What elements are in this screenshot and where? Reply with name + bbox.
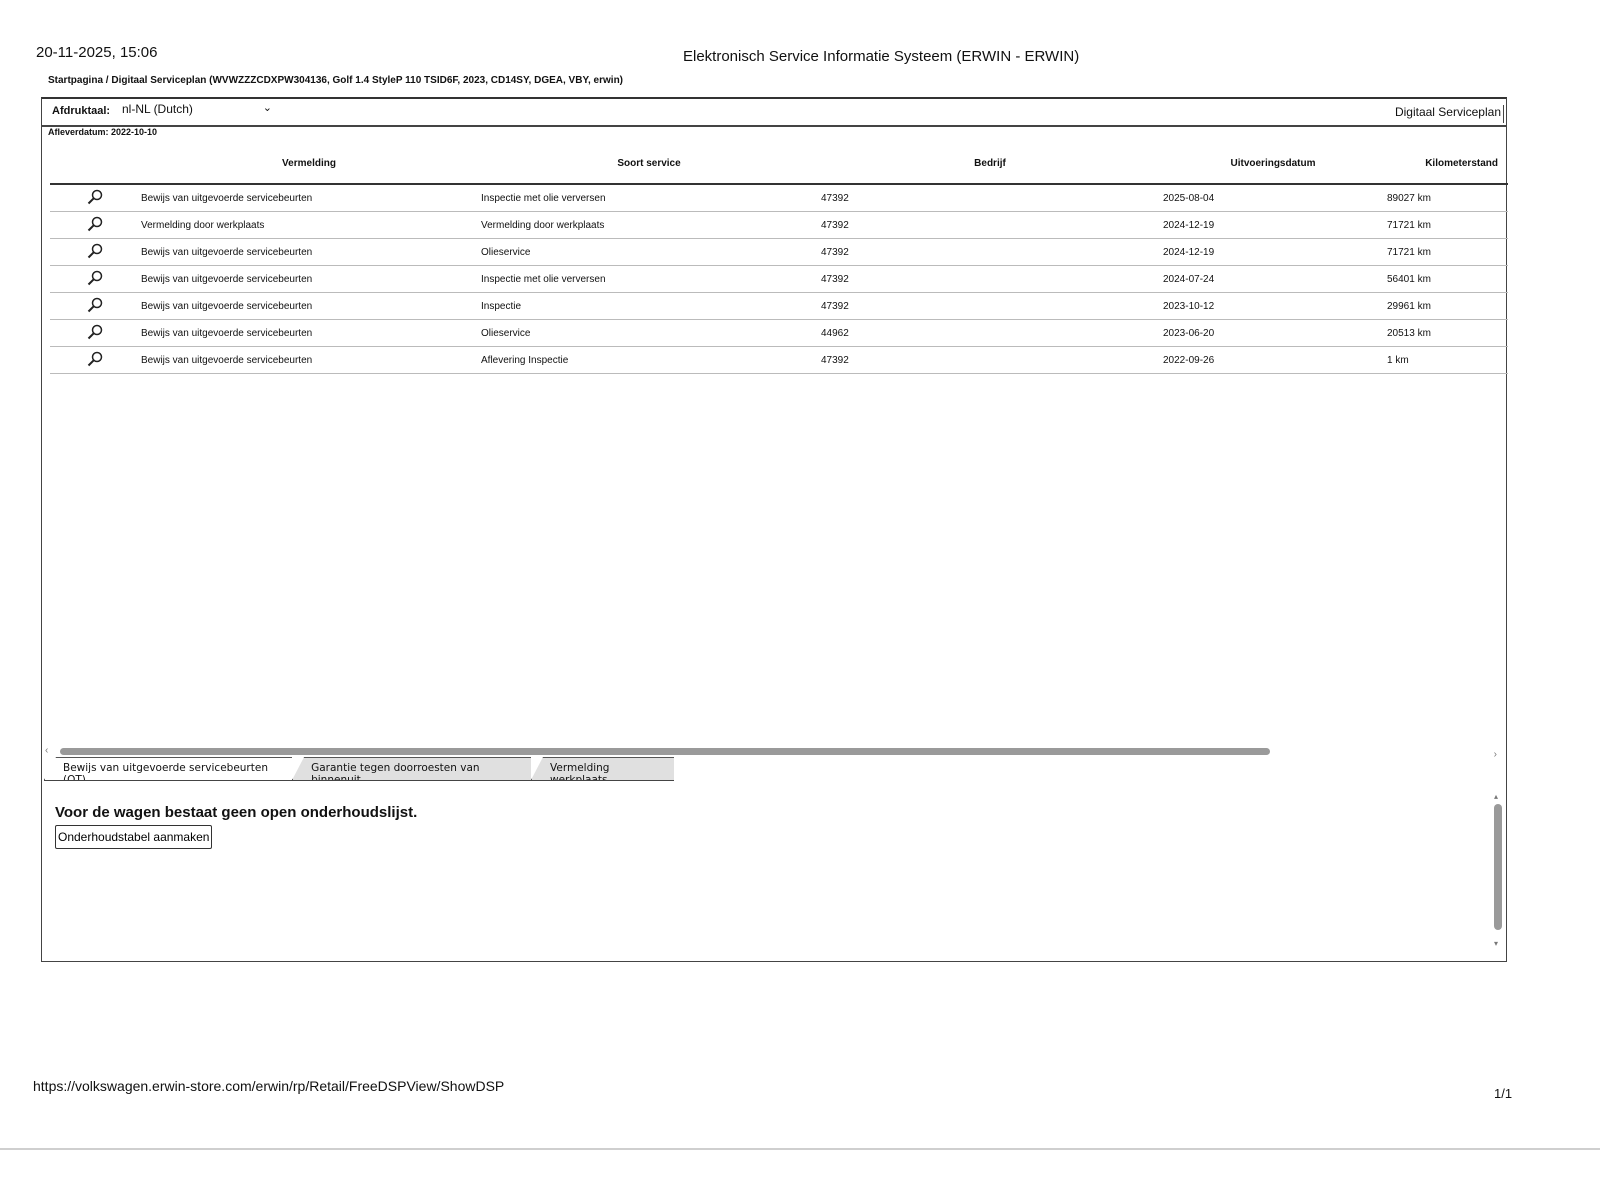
entry-cell: Bewijs van uitgevoerde servicebeurten (139, 293, 479, 320)
delivery-date: Afleverdatum: 2022-10-10 (48, 127, 157, 137)
vertical-scroll-thumb[interactable] (1494, 804, 1502, 930)
company-cell: 47392 (819, 293, 1161, 320)
km-cell: 71721 km (1385, 212, 1508, 239)
scroll-down-icon[interactable]: ▾ (1494, 939, 1498, 948)
date-cell: 2024-12-19 (1161, 212, 1385, 239)
company-cell: 47392 (819, 347, 1161, 374)
entry-cell: Bewijs van uitgevoerde servicebeurten (139, 266, 479, 293)
tab-2[interactable]: Garantie tegen doorroesten van binnenuit (292, 757, 531, 780)
service-cell: Inspectie met olie verversen (479, 266, 819, 293)
date-cell: 2025-08-04 (1161, 185, 1385, 212)
entry-cell: Bewijs van uitgevoerde servicebeurten (139, 185, 479, 212)
table-row[interactable]: Bewijs van uitgevoerde servicebeurtenIns… (50, 185, 1508, 212)
km-cell: 1 km (1385, 347, 1508, 374)
date-cell: 2023-10-12 (1161, 293, 1385, 320)
footer-url: https://volkswagen.erwin-store.com/erwin… (33, 1078, 504, 1094)
view-details-cell[interactable] (50, 293, 139, 320)
maintenance-message: Voor de wagen bestaat geen open onderhou… (55, 804, 417, 821)
language-label: Afdruktaal: (52, 105, 110, 117)
tab-3[interactable]: Vermelding werkplaats (531, 757, 674, 780)
view-details-cell[interactable] (50, 347, 139, 374)
magnifier-icon[interactable] (86, 242, 104, 260)
company-cell: 47392 (819, 185, 1161, 212)
table-row[interactable]: Vermelding door werkplaatsVermelding doo… (50, 212, 1508, 239)
print-datetime: 20-11-2025, 15:06 (36, 44, 158, 61)
breadcrumb: Startpagina / Digitaal Serviceplan (WVWZ… (48, 75, 623, 86)
tab-bar: Bewijs van uitgevoerde servicebeurten (O… (44, 757, 674, 781)
horizontal-scroll-thumb[interactable] (60, 748, 1270, 755)
company-cell: 47392 (819, 266, 1161, 293)
magnifier-icon[interactable] (86, 215, 104, 233)
tab-1[interactable]: Bewijs van uitgevoerde servicebeurten (O… (44, 757, 292, 780)
date-cell: 2024-12-19 (1161, 239, 1385, 266)
magnifier-icon[interactable] (86, 269, 104, 287)
chevron-down-icon: ⌄ (263, 101, 272, 114)
table-row[interactable]: Bewijs van uitgevoerde servicebeurtenAfl… (50, 347, 1508, 374)
column-header-service[interactable]: Soort service (479, 143, 819, 185)
column-header-km[interactable]: Kilometerstand (1385, 143, 1508, 185)
column-header-company[interactable]: Bedrijf (819, 143, 1161, 185)
system-title: Elektronisch Service Informatie Systeem … (683, 48, 1079, 65)
magnifier-icon[interactable] (86, 188, 104, 206)
view-details-cell[interactable] (50, 212, 139, 239)
magnifier-icon[interactable] (86, 323, 104, 341)
column-header-icon (50, 143, 139, 185)
service-cell: Aflevering Inspectie (479, 347, 819, 374)
scroll-right-icon[interactable]: › (1494, 749, 1497, 760)
scroll-up-icon[interactable]: ▴ (1494, 792, 1498, 801)
company-cell: 44962 (819, 320, 1161, 347)
km-cell: 20513 km (1385, 320, 1508, 347)
service-plan-panel: Afdruktaal: nl-NL (Dutch) ⌄ Digitaal Ser… (41, 97, 1507, 962)
service-cell: Vermelding door werkplaats (479, 212, 819, 239)
view-details-cell[interactable] (50, 185, 139, 212)
service-cell: Olieservice (479, 239, 819, 266)
company-cell: 47392 (819, 212, 1161, 239)
toolbar: Afdruktaal: nl-NL (Dutch) ⌄ Digitaal Ser… (42, 99, 1506, 127)
language-select[interactable]: nl-NL (Dutch) ⌄ (122, 102, 272, 116)
view-details-cell[interactable] (50, 266, 139, 293)
magnifier-icon[interactable] (86, 296, 104, 314)
entry-cell: Bewijs van uitgevoerde servicebeurten (139, 347, 479, 374)
page-number: 1/1 (1494, 1086, 1512, 1101)
magnifier-icon[interactable] (86, 350, 104, 368)
company-cell: 47392 (819, 239, 1161, 266)
table-row[interactable]: Bewijs van uitgevoerde servicebeurtenOli… (50, 239, 1508, 266)
entry-cell: Bewijs van uitgevoerde servicebeurten (139, 320, 479, 347)
view-details-cell[interactable] (50, 239, 139, 266)
language-value: nl-NL (Dutch) (122, 102, 193, 116)
service-cell: Olieservice (479, 320, 819, 347)
entry-cell: Bewijs van uitgevoerde servicebeurten (139, 239, 479, 266)
divider (0, 1148, 1600, 1150)
column-header-date[interactable]: Uitvoeringsdatum (1161, 143, 1385, 185)
date-cell: 2023-06-20 (1161, 320, 1385, 347)
km-cell: 89027 km (1385, 185, 1508, 212)
vertical-scrollbar[interactable]: ▴ ▾ (1492, 792, 1504, 952)
service-cell: Inspectie met olie verversen (479, 185, 819, 212)
table-row[interactable]: Bewijs van uitgevoerde servicebeurtenOli… (50, 320, 1508, 347)
table-row[interactable]: Bewijs van uitgevoerde servicebeurtenIns… (50, 293, 1508, 320)
service-history-table: Vermelding Soort service Bedrijf Uitvoer… (50, 143, 1508, 374)
scroll-left-icon[interactable]: ‹ (45, 745, 48, 756)
km-cell: 71721 km (1385, 239, 1508, 266)
page-title: Digitaal Serviceplan (1395, 105, 1504, 123)
table-header-row: Vermelding Soort service Bedrijf Uitvoer… (50, 143, 1508, 185)
table-row[interactable]: Bewijs van uitgevoerde servicebeurtenIns… (50, 266, 1508, 293)
km-cell: 29961 km (1385, 293, 1508, 320)
date-cell: 2022-09-26 (1161, 347, 1385, 374)
view-details-cell[interactable] (50, 320, 139, 347)
create-maintenance-table-button[interactable]: Onderhoudstabel aanmaken (55, 825, 212, 849)
service-cell: Inspectie (479, 293, 819, 320)
km-cell: 56401 km (1385, 266, 1508, 293)
date-cell: 2024-07-24 (1161, 266, 1385, 293)
column-header-entry[interactable]: Vermelding (139, 143, 479, 185)
entry-cell: Vermelding door werkplaats (139, 212, 479, 239)
